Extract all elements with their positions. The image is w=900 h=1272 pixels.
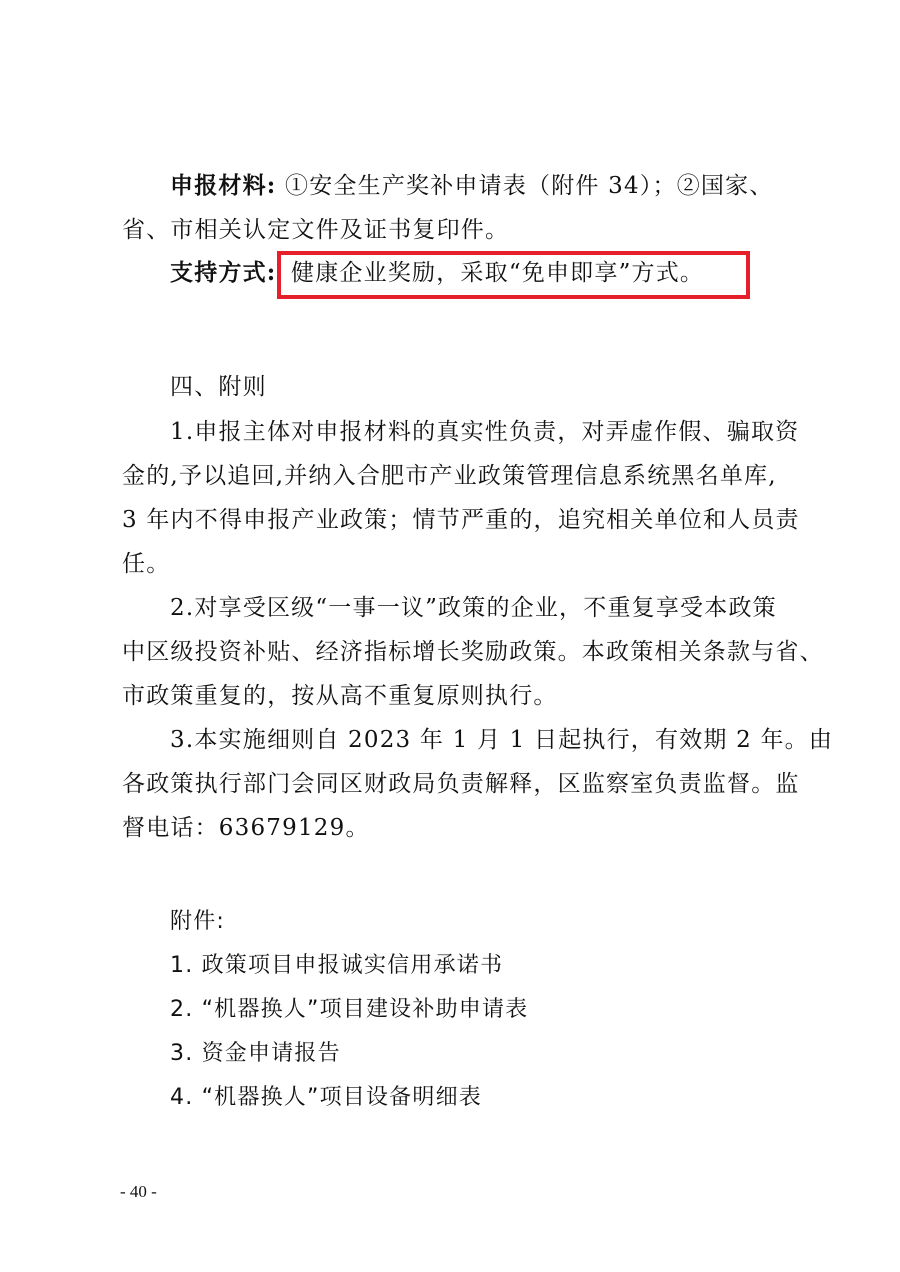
attachment-item-1: 1. 政策项目申报诚实信用承诺书 xyxy=(170,952,838,980)
attachment-item-3: 3. 资金申请报告 xyxy=(170,1040,838,1068)
clause-1-line-4: 任。 xyxy=(122,550,790,578)
clause-1-line-3: 3 年内不得申报产业政策；情节严重的，追究相关单位和人员责 xyxy=(122,506,790,534)
section-heading: 四、附则 xyxy=(170,373,838,401)
application-materials-label: 申报材料: xyxy=(170,172,277,199)
application-materials-line-2: 省、市相关认定文件及证书复印件。 xyxy=(122,216,790,244)
clause-3-line-2: 各政策执行部门会同区财政局负责解释，区监察室负责监督。监 xyxy=(122,770,790,798)
clause-3-line-3: 督电话：63679129。 xyxy=(122,814,790,842)
support-method-label: 支持方式: xyxy=(170,259,277,286)
clause-3-line-1: 3.本实施细则自 2023 年 1 月 1 日起执行，有效期 2 年。由 xyxy=(170,726,838,754)
application-materials-line-1: 申报材料: ①安全生产奖补申请表（附件 34）；②国家、 xyxy=(170,172,838,200)
clause-1-line-1: 1.申报主体对申报材料的真实性负责，对弄虚作假、骗取资 xyxy=(170,418,838,446)
attachment-item-2: 2. “机器换人”项目建设补助申请表 xyxy=(170,996,838,1024)
page-number: - 40 - xyxy=(120,1182,157,1202)
clause-2-line-2: 中区级投资补贴、经济指标增长奖励政策。本政策相关条款与省、 xyxy=(122,638,790,666)
clause-1-line-2: 金的,予以追回,并纳入合肥市产业政策管理信息系统黑名单库, xyxy=(122,462,790,490)
highlight-box xyxy=(277,251,750,299)
clause-2-line-1: 2.对享受区级“一事一议”政策的企业，不重复享受本政策 xyxy=(170,594,838,622)
attachment-item-4: 4. “机器换人”项目设备明细表 xyxy=(170,1084,838,1112)
clause-2-line-3: 市政策重复的，按从高不重复原则执行。 xyxy=(122,682,790,710)
attachments-title: 附件: xyxy=(170,908,838,936)
application-materials-text: ①安全生产奖补申请表（附件 34）；②国家、 xyxy=(285,173,773,199)
